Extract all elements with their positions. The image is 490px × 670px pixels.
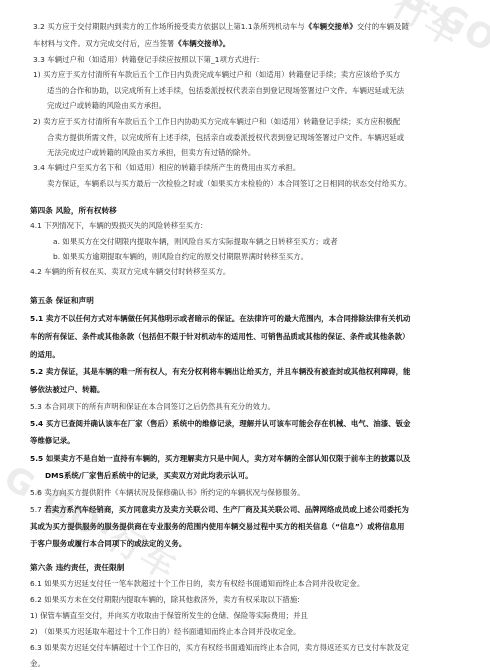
clause-5-1-line-1: 5.1 卖方不以任何方式对车辆做任何其他明示或者暗示的保证。在法律许可的最大范围… (30, 312, 410, 325)
clause-5-7-line-3: 于客户服务或履行本合同项下的或法定的义务。 (30, 537, 186, 550)
clause-5-1-line-2: 车的所有保证、条件或其他条款（包括但不限于针对机动车的适用性、可销售品质或其他的… (30, 330, 409, 343)
clause-4-1: 4.1 下列情况下，车辆的毁损灭失的风险转移至买方: (30, 219, 203, 232)
section-5-heading: 第五条 保证和声明 (30, 294, 94, 307)
watermark: G·GO·行车 (392, 0, 490, 69)
clause-5-2-line-1: 5.2 卖方保证，其是车辆的唯一所有权人，有充分权利将车辆出让给买方，并且车辆没… (30, 365, 410, 378)
clause-5-4-line-2: 等维修记录。 (30, 434, 75, 447)
clause-4-1-a: a. 如果买方在交付期限内提取车辆，则风险自买方实际提取车辆之日转移至买方；或者 (53, 235, 338, 248)
section-6-heading: 第六条 违约责任，责任限制 (30, 561, 124, 574)
clause-3-4: 3.4 车辆过户至买方名下和（如适用）相应的转籍手续所产生的费用由买方承担。 (33, 161, 300, 174)
clause-3-2-line-2: 车材料与文件。双方完成交付后，应当签署《车辆交接单》。 (33, 37, 230, 50)
clause-5-4-line-1: 5.4 买方已查阅并确认该车在厂家（售后）系统中的维修记录，理解并认可该车可能会… (30, 417, 410, 430)
clause-4-1-b: b. 如果买方逾期提取车辆的，则风险自约定的原交付期限界满时转移至买方。 (53, 250, 308, 263)
seller-warranty-state: 卖方保证，车辆系以与买方最后一次检验之时或（如果买方未检验的）本合同签订之日相同… (47, 177, 412, 190)
clause-4-2: 4.2 车辆的所有权在买、卖双方完成车辆交付时转移至买方。 (30, 265, 230, 278)
clause-3-3-item-1-line-2: 适当的合作和协助，以完成所有上述手续，包括委派授权代表亲自到登记现场签署过户文件… (47, 84, 404, 97)
clause-5-5-line-2: DMS系统/厂家售后系统中的记录，买卖双方对此均表示认可。 (45, 469, 253, 482)
clause-6-2: 6.2 如果买方未在交付期限内提取车辆的，除其他救济外，卖方有权采取以下措施: (30, 593, 300, 606)
section-4-heading: 第四条 风险，所有权转移 (30, 204, 117, 217)
clause-6-2-item-2: 2) （如果买方迟延取车超过十个工作日的）经书面通知而终止本合同并没收定金。 (30, 625, 301, 638)
clause-6-3-line-1: 6.3 如果卖方迟延交付车辆超过十个工作日的，买方有权经书面通知而终止本合同，卖… (30, 641, 409, 654)
clause-3-3-item-2-line-2: 合卖方提供所需文件，以完成所有上述手续，包括亲自或委派授权代表到登记现场签署过户… (47, 131, 404, 144)
clause-3-2-line-1: 3.2 买方应于交付期限内到卖方的工作场所接受卖方依据以上第1.1条所列机动车与… (33, 20, 409, 33)
clause-5-1-line-3: 的适用。 (30, 348, 60, 361)
clause-5-2-line-2: 够依法被过户、转籍。 (30, 383, 104, 396)
clause-3-3-item-2-line-3: 无法完成过户或转籍的风险由买方承担，但卖方有过错的除外。 (47, 146, 255, 159)
clause-3-3-item-1-line-3: 完成过户或转籍的风险由买方承担。 (47, 99, 166, 112)
clause-6-3-line-2: 金。 (30, 657, 45, 670)
clause-3-3-item-2-line-1: 2) 卖方应于买方付清所有车款后五个工作日内协助买方完成车辆过户和（如适用）转籍… (33, 115, 400, 128)
clause-3-3: 3.3 车辆过户和（如适用）转籍登记手续应按照以下第_1项方式进行: (33, 53, 259, 66)
document-page: G·GO·行车 G·GO·行车 3.2 买方应于交付期限内到卖方的工作场所接受卖… (0, 0, 490, 670)
clause-6-1: 6.1 如果买方迟延支付任一笔车款超过十个工作日的，卖方有权经书面通知而终止本合… (30, 577, 364, 590)
clause-5-7-line-1: 5.7 若卖方系汽车经销商，买方同意卖方及卖方关联公司、生产厂商及其关联公司、品… (30, 503, 409, 516)
clause-5-3: 5.3 本合同项下的所有声明和保证在本合同签订之后仍然具有充分的效力。 (30, 400, 275, 413)
clause-5-7-line-2: 其或为买方提供服务的服务提供商在专业服务的范围内使用车辆交易过程中买方的相关信息… (30, 520, 404, 533)
clause-5-6: 5.6 卖方向买方提供附件《车辆状况及保修确认书》所约定的车辆状况与保修服务。 (30, 486, 305, 499)
clause-3-3-item-1-line-1: 1) 买方应于买方付清所有车款后五个工作日内负责完成车辆过户和（如适用）转籍登记… (33, 68, 400, 81)
clause-6-2-item-1: 1) 保管车辆直至交付，并向买方收取由于保管所发生的仓储、保险等实际费用；并且 (30, 609, 308, 622)
clause-5-5-line-1: 5.5 如果卖方不是自始一直持有车辆的，买方理解卖方只是中间人，卖方对车辆的全部… (30, 452, 410, 465)
